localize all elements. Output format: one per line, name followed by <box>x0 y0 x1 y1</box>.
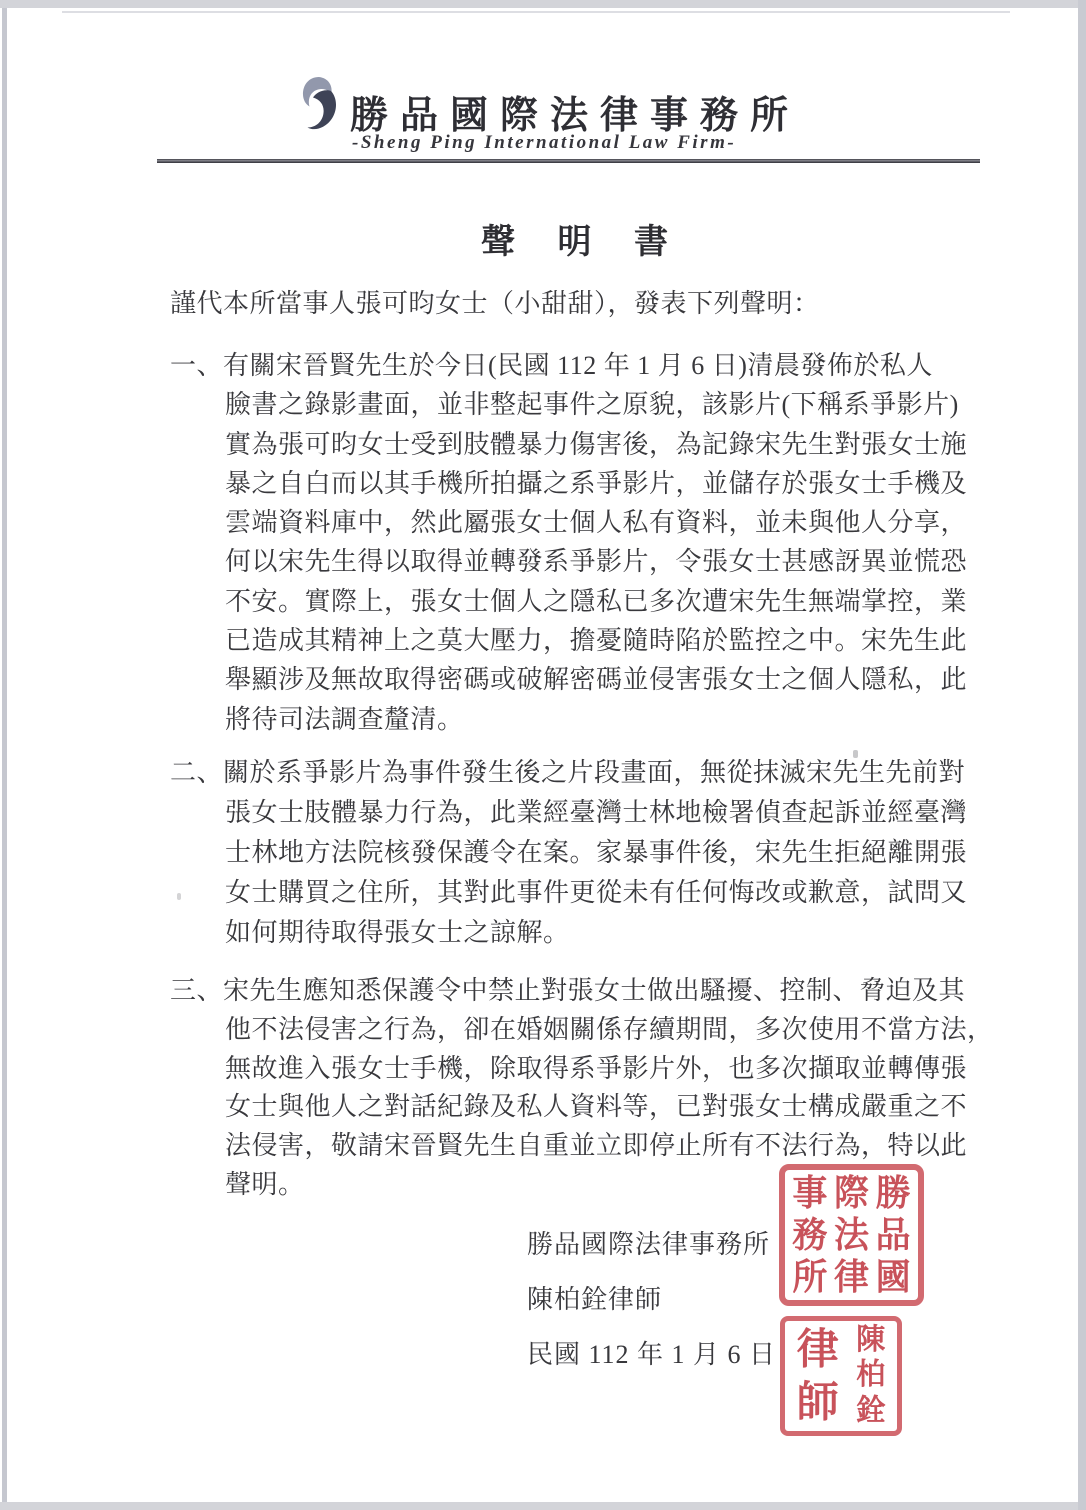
seal-column: 陳柏銓 <box>856 1323 885 1429</box>
seal-character: 務 <box>792 1214 827 1256</box>
document-title: 聲 明 書 <box>481 214 685 263</box>
statement-paragraph-1: 一、有關宋晉賢先生於今日(民國 112 年 1 月 6 日)清晨發佈於私人 臉書… <box>225 346 1005 739</box>
scan-edge-left <box>2 8 7 1502</box>
seal-character: 柏 <box>856 1358 885 1394</box>
seal-character: 所 <box>792 1256 827 1298</box>
seal-column: 事務所 <box>792 1172 827 1298</box>
seal-character: 陳 <box>856 1323 885 1359</box>
firm-name-chinese: 勝品國際法律事務所 <box>350 84 800 139</box>
seal-column: 際法律 <box>834 1172 869 1298</box>
seal-column: 律師 <box>797 1323 839 1429</box>
seal-character: 律 <box>797 1323 839 1376</box>
signature-date: 民國 112 年 1 月 6 日 <box>527 1334 776 1371</box>
seal-character: 師 <box>797 1376 839 1429</box>
scan-speck <box>177 893 181 900</box>
lawyer-red-seal-stamp: 律師陳柏銓 <box>780 1316 902 1436</box>
statement-paragraph-2: 二、關於系爭影片為事件發生後之片段畫面，無從抹滅宋先生先前對 張女士肢體暴力行為… <box>225 753 1005 953</box>
seal-character: 勝 <box>876 1172 911 1214</box>
scan-edge-top <box>0 0 1086 8</box>
header-divider-rule <box>157 159 980 163</box>
scan-edge-right <box>1078 0 1086 1510</box>
firm-red-seal-stamp: 事務所際法律勝品國 <box>779 1164 924 1306</box>
seal-character: 品 <box>876 1214 911 1256</box>
scanned-legal-statement: { "header": { "logo_icon": "swirl-comma-… <box>0 0 1086 1510</box>
seal-character: 際 <box>834 1172 869 1214</box>
firm-name-english: -Sheng Ping International Law Firm- <box>352 132 736 154</box>
scan-speck <box>853 750 858 758</box>
seal-column: 勝品國 <box>876 1172 911 1298</box>
signature-firm-name: 勝品國際法律事務所 <box>527 1224 770 1261</box>
intro-line: 謹代本所當事人張可昀女士（小甜甜），發表下列聲明： <box>170 284 820 324</box>
signature-lawyer-name: 陳柏銓律師 <box>527 1279 662 1316</box>
seal-character: 律 <box>834 1256 869 1298</box>
seal-character: 事 <box>792 1172 827 1214</box>
seal-character: 法 <box>834 1214 869 1256</box>
seal-character: 銓 <box>856 1393 885 1429</box>
seal-character: 國 <box>876 1256 911 1298</box>
scan-artifact-line <box>62 11 1010 13</box>
firm-logo-swirl-icon <box>301 76 341 134</box>
scan-edge-bottom <box>0 1502 1086 1510</box>
